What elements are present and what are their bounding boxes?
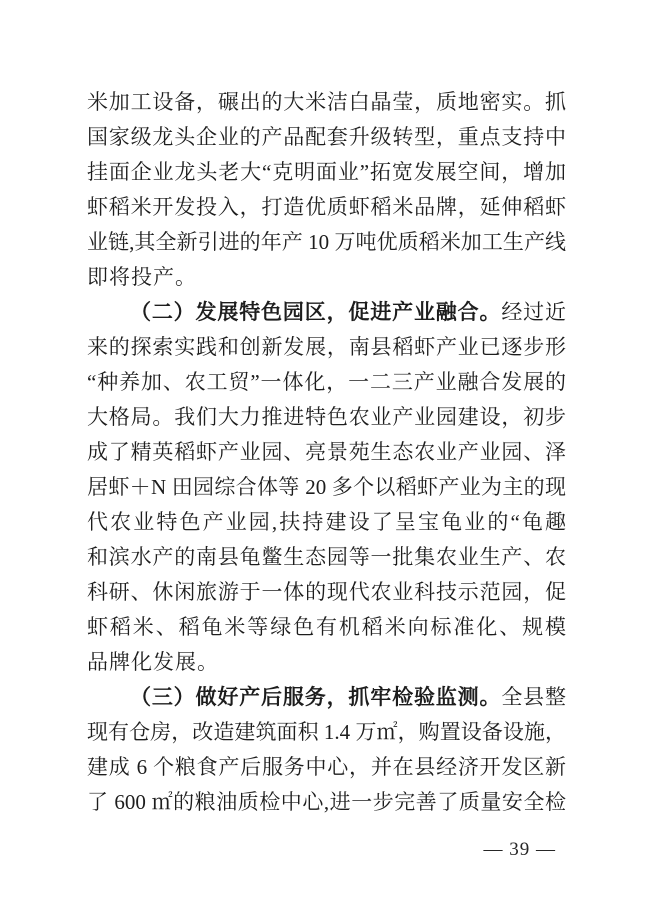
line-text: 和滨水产的南县龟鳖生态园等一批集农业生产、农业 (87, 545, 566, 575)
text-line: 即将投产。 (87, 260, 566, 295)
text-line: 虾稻米开发投入，打造优质虾稻米品牌，延伸稻虾产 (87, 190, 566, 225)
text-line: 业链,其全新引进的年产 10 万吨优质稻米加工生产线 (87, 225, 566, 260)
text-line: 虾稻米、稻龟米等绿色有机稻米向标准化、规模化、 (87, 610, 566, 645)
text-line: “种养加、农工贸”一体化，一二三产业融合发展的 (87, 365, 566, 400)
section-heading: （二）发展特色园区，促进产业融合。 (130, 300, 501, 324)
text-line: 品牌化发展。 (87, 645, 566, 680)
line-text: 成了精英稻虾产业园、亮景苑生态农业产业园、泽水 (87, 440, 566, 470)
text-line: 现有仓房，改造建筑面积 1.4 万㎡，购置设备设施， (87, 715, 566, 750)
text-line: 国家级龙头企业的产品配套升级转型，重点支持中国 (87, 120, 566, 155)
line-text: 大格局。我们大力推进特色农业产业园建设，初步建 (87, 405, 566, 435)
text-block: 米加工设备，碾出的大米洁白晶莹，质地密实。抓牢 国家级龙头企业的产品配套升级转型… (87, 85, 566, 820)
line-text: 米加工设备，碾出的大米洁白晶莹，质地密实。抓牢 (87, 90, 566, 120)
section-heading-line: （二）发展特色园区，促进产业融合。经过近年 (87, 295, 566, 330)
line-text: 了 600 ㎡的粮油质检中心,进一步完善了质量安全检 (87, 790, 566, 814)
line-text: 来的探索实践和创新发展，南县稻虾产业已逐步形成 (87, 335, 566, 365)
text-line: 了 600 ㎡的粮油质检中心,进一步完善了质量安全检 (87, 785, 566, 820)
section-heading-line: （三）做好产后服务，抓牢检验监测。全县整合 (87, 680, 566, 715)
text-line: 挂面企业龙头老大“克明面业”拓宽发展空间，增加 (87, 155, 566, 190)
text-line: 和滨水产的南县龟鳖生态园等一批集农业生产、农业 (87, 540, 566, 575)
line-text: 国家级龙头企业的产品配套升级转型，重点支持中国 (87, 125, 566, 155)
text-line: 来的探索实践和创新发展，南县稻虾产业已逐步形成 (87, 330, 566, 365)
text-line: 建成 6 个粮食产后服务中心，并在县经济开发区新建 (87, 750, 566, 785)
line-text: 代农业特色产业园,扶持建设了呈宝龟业的“龟趣园”、 (87, 510, 566, 540)
line-text: 科研、休闲旅游于一体的现代农业科技示范园，促进 (87, 580, 566, 610)
line-text: 现有仓房，改造建筑面积 1.4 万㎡，购置设备设施， (87, 720, 566, 744)
line-text: 居虾＋N 田园综合体等 20 多个以稻虾产业为主的现 (87, 475, 566, 499)
text-line: 代农业特色产业园,扶持建设了呈宝龟业的“龟趣园”、 (87, 505, 566, 540)
text-line: 居虾＋N 田园综合体等 20 多个以稻虾产业为主的现 (87, 470, 566, 505)
line-text: 挂面企业龙头老大“克明面业”拓宽发展空间，增加 (87, 160, 566, 184)
line-text: 虾稻米开发投入，打造优质虾稻米品牌，延伸稻虾产 (87, 195, 566, 225)
document-page: 米加工设备，碾出的大米洁白晶莹，质地密实。抓牢 国家级龙头企业的产品配套升级转型… (0, 0, 650, 919)
page-number: — 39 — (0, 837, 556, 863)
line-text: 虾稻米、稻龟米等绿色有机稻米向标准化、规模化、 (87, 615, 566, 645)
line-text: “种养加、农工贸”一体化，一二三产业融合发展的 (87, 370, 566, 394)
section-heading: （三）做好产后服务，抓牢检验监测。 (130, 685, 501, 709)
text-line: 大格局。我们大力推进特色农业产业园建设，初步建 (87, 400, 566, 435)
line-text: 建成 6 个粮食产后服务中心，并在县经济开发区新建 (87, 755, 566, 785)
line-text: 业链,其全新引进的年产 10 万吨优质稻米加工生产线 (87, 230, 566, 254)
line-text: 品牌化发展。 (87, 650, 219, 674)
text-line: 成了精英稻虾产业园、亮景苑生态农业产业园、泽水 (87, 435, 566, 470)
text-line: 科研、休闲旅游于一体的现代农业科技示范园，促进 (87, 575, 566, 610)
text-line: 米加工设备，碾出的大米洁白晶莹，质地密实。抓牢 (87, 85, 566, 120)
line-text: 即将投产。 (87, 265, 197, 289)
